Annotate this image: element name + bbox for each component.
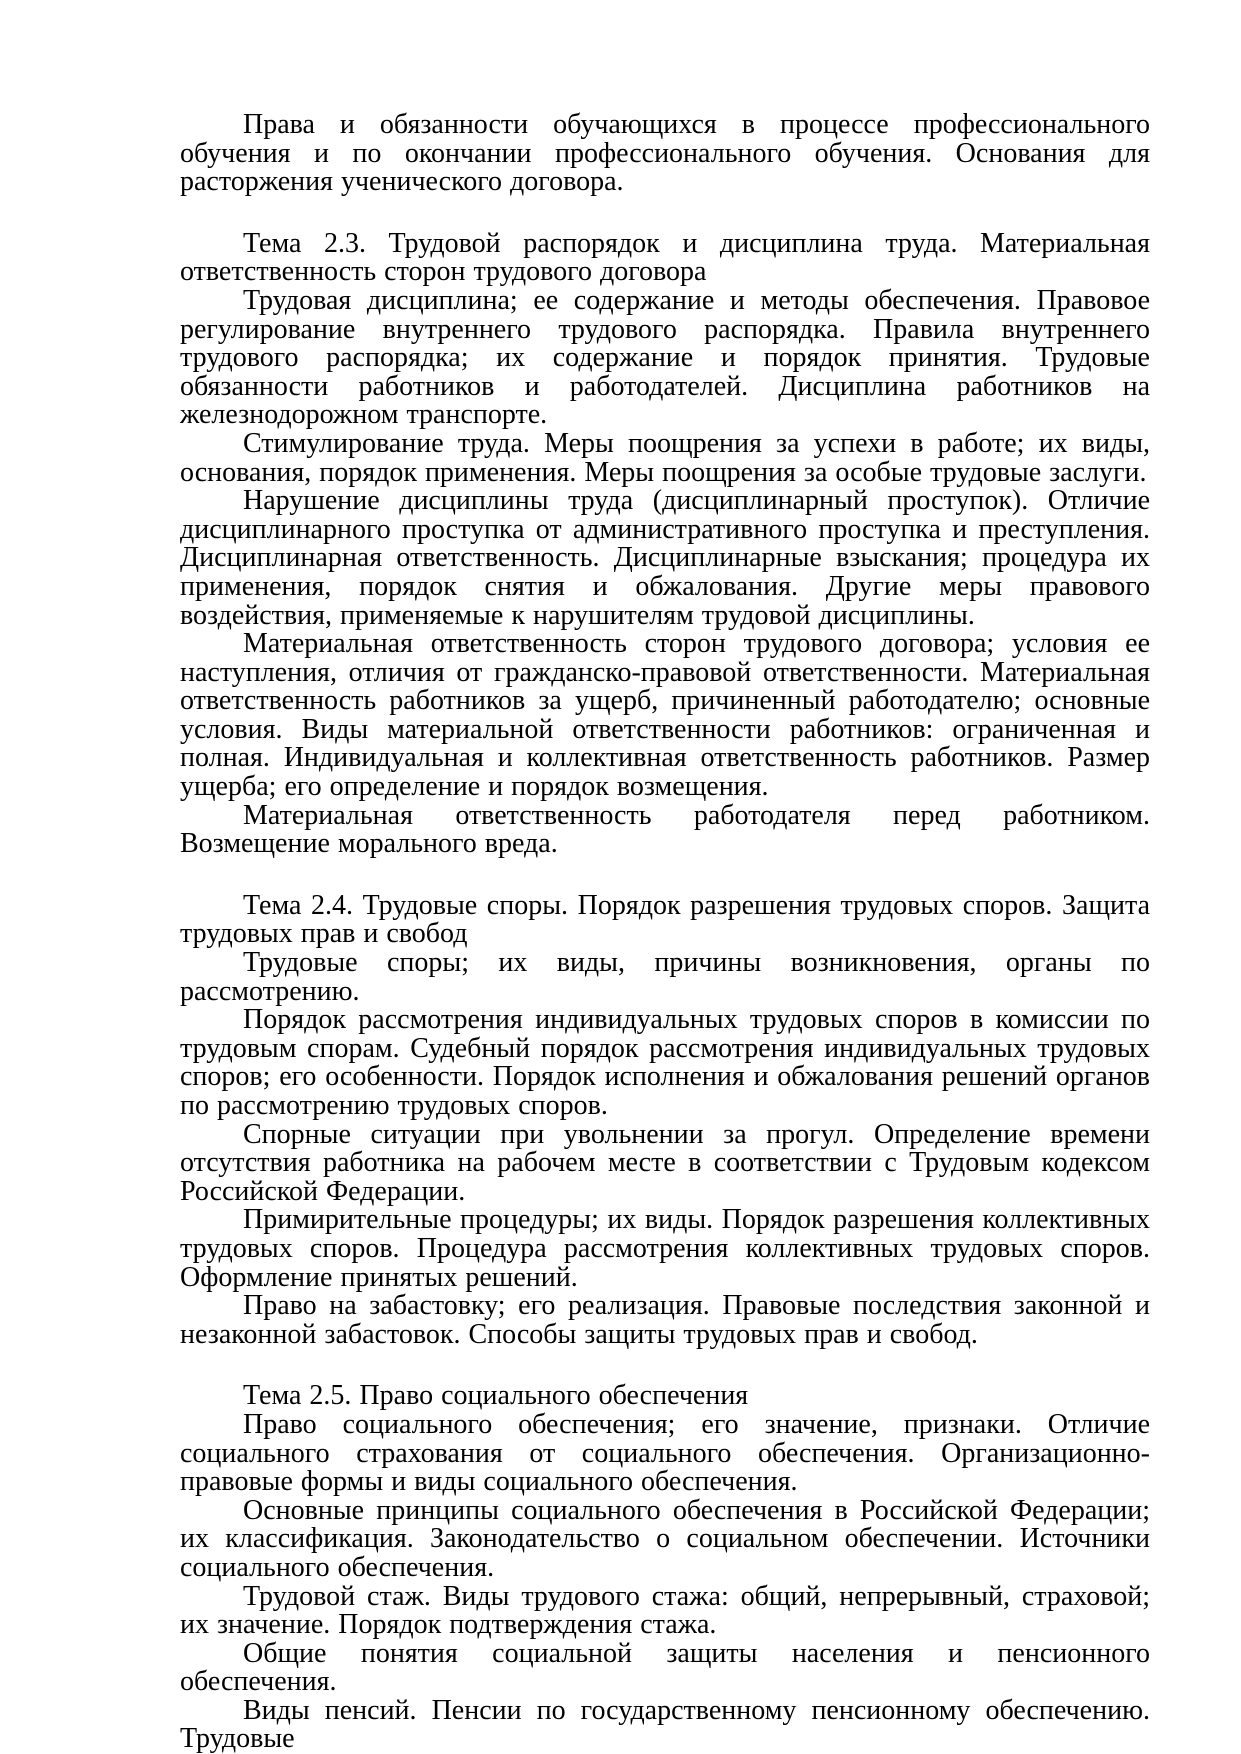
topic-heading-2-5: Тема 2.5. Право социального обеспечения	[180, 1382, 1150, 1411]
document-page: Права и обязанности обучающихся в процес…	[0, 0, 1241, 1754]
paragraph-ученический-договор: Права и обязанности обучающихся в процес…	[180, 111, 1150, 197]
paragraph-основные-принципы: Основные принципы социального обеспечени…	[180, 1497, 1150, 1583]
paragraph-нарушение-дисциплины: Нарушение дисциплины труда (дисциплинарн…	[180, 487, 1150, 630]
paragraph-право-социального-обеспечения: Право социального обеспечения; его значе…	[180, 1411, 1150, 1497]
topic-heading-2-3: Тема 2.3. Трудовой распорядок и дисципли…	[180, 230, 1150, 287]
paragraph-ответственность-работодателя: Материальная ответственность работодател…	[180, 802, 1150, 859]
paragraph-право-на-забастовку: Право на забастовку; его реализация. Пра…	[180, 1292, 1150, 1349]
paragraph-трудовой-стаж: Трудовой стаж. Виды трудового стажа: общ…	[180, 1583, 1150, 1640]
paragraph-спорные-ситуации: Спорные ситуации при увольнении за прогу…	[180, 1121, 1150, 1207]
paragraph-трудовая-дисциплина: Трудовая дисциплина; ее содержание и мет…	[180, 287, 1150, 430]
paragraph-виды-пенсий: Виды пенсий. Пенсии по государственному …	[180, 1697, 1150, 1754]
topic-heading-2-4: Тема 2.4. Трудовые споры. Порядок разреш…	[180, 892, 1150, 949]
paragraph-стимулирование-труда: Стимулирование труда. Меры поощрения за …	[180, 430, 1150, 487]
paragraph-социальная-защита: Общие понятия социальной защиты населени…	[180, 1640, 1150, 1697]
paragraph-материальная-ответственность-сторон: Материальная ответственность сторон труд…	[180, 630, 1150, 802]
paragraph-порядок-рассмотрения-споров: Порядок рассмотрения индивидуальных труд…	[180, 1006, 1150, 1120]
paragraph-трудовые-споры-виды: Трудовые споры; их виды, причины возникн…	[180, 949, 1150, 1006]
paragraph-примирительные-процедуры: Примирительные процедуры; их виды. Поряд…	[180, 1206, 1150, 1292]
page-text-block: Права и обязанности обучающихся в процес…	[180, 111, 1150, 1754]
